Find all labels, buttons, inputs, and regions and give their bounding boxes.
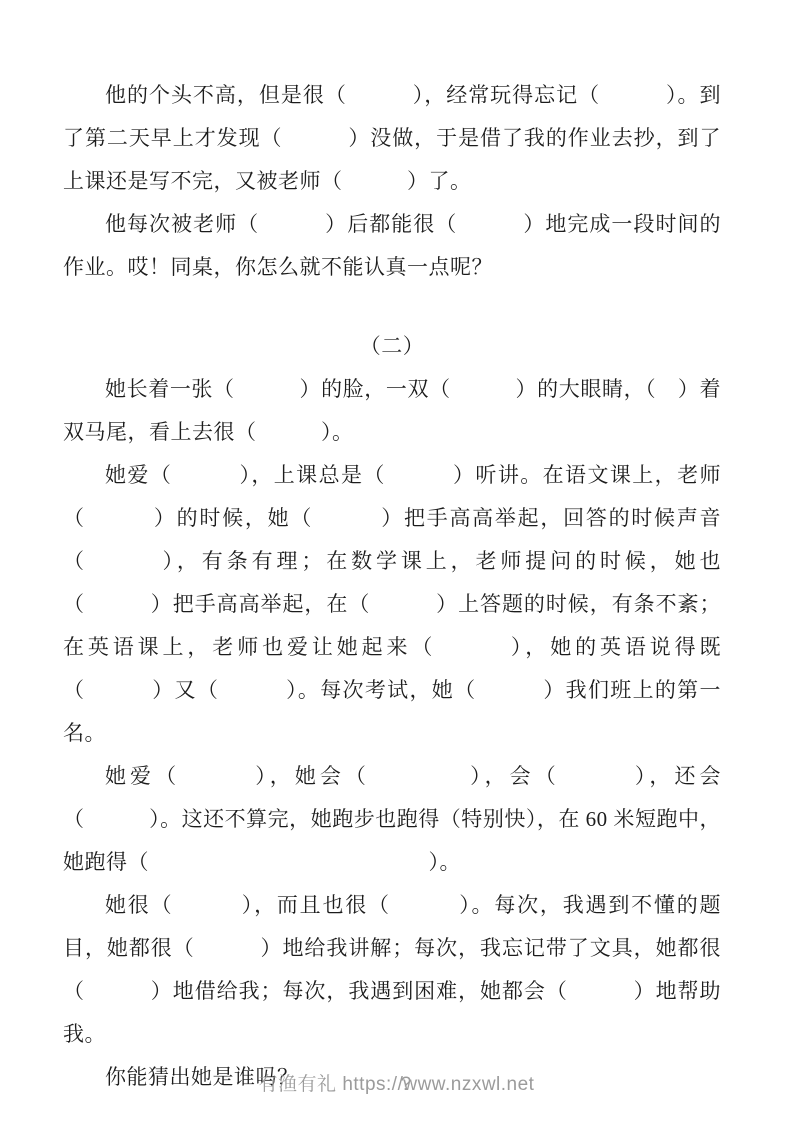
section-one-paragraph-1: 他的个头不高，但是很（ ），经常玩得忘记（ ）。到了第二天早上才发现（ ）没做，… bbox=[63, 74, 721, 203]
watermark-brand: 有渔有礼 bbox=[259, 1074, 337, 1095]
section-one-paragraph-2: 他每次被老师（ ）后都能很（ ）地完成一段时间的作业。哎！同桌，你怎么就不能认真… bbox=[63, 203, 721, 289]
section-two-paragraph-3: 她爱（ ），她会（ ），会（ ），还会（ ）。这还不算完，她跑步也跑得（特别快）… bbox=[63, 755, 721, 884]
watermark-footer: 有渔有礼 https://?www.nzxwl.net bbox=[0, 1069, 793, 1096]
section-two-paragraph-2: 她爱（ ），上课总是（ ）听讲。在语文课上，老师（ ）的时候，她（ ）把手高高举… bbox=[63, 454, 721, 755]
worksheet-document-body: 他的个头不高，但是很（ ），经常玩得忘记（ ）。到了第二天早上才发现（ ）没做，… bbox=[63, 74, 721, 1099]
section-two-heading: （二） bbox=[63, 325, 721, 368]
section-two-paragraph-4: 她很（ ），而且也很（ ）。每次，我遇到不懂的题目，她都很（ ）地给我讲解；每次… bbox=[63, 884, 721, 1056]
section-two-paragraph-1: 她长着一张（ ）的脸，一双（ ）的大眼睛，（ ）着双马尾，看上去很（ ）。 bbox=[63, 368, 721, 454]
watermark-url: https://?www.nzxwl.net bbox=[342, 1074, 534, 1095]
url-artifact-question-mark: ? bbox=[401, 1074, 412, 1096]
